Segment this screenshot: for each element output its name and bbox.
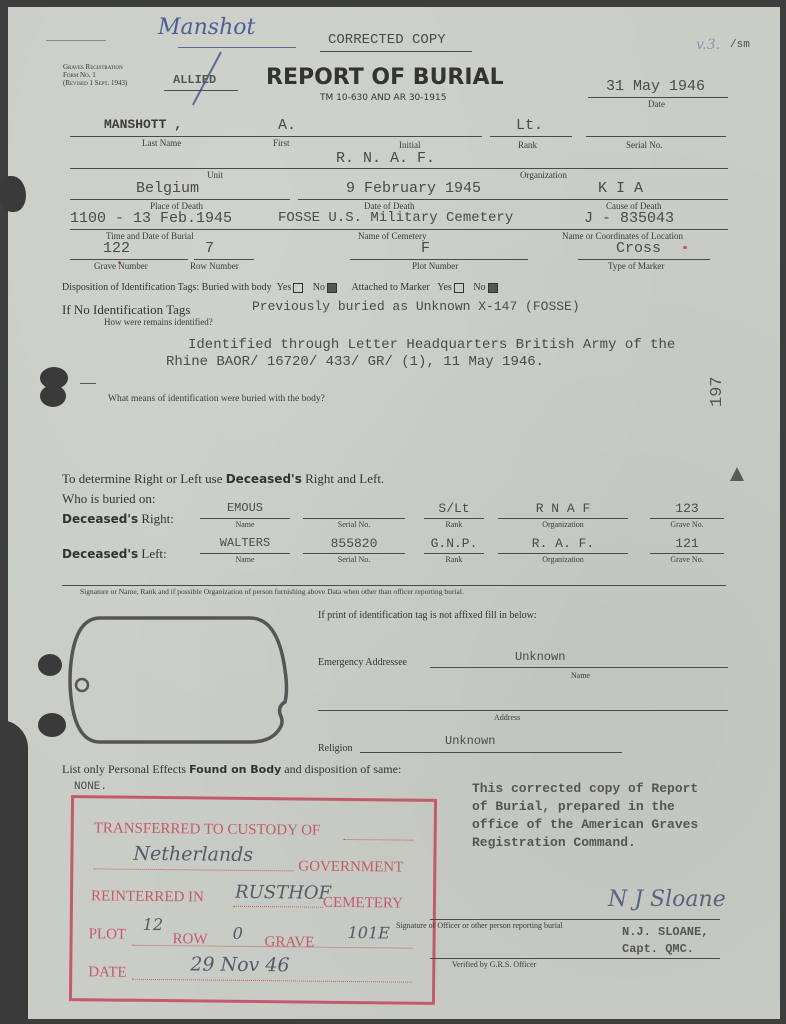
neighbors-intro-suffix: Right and Left.: [302, 471, 384, 486]
left-grave-label: Grave No.: [650, 555, 724, 564]
form-id-line2: Form No. 1: [63, 71, 127, 79]
right-serial-line: [303, 518, 405, 519]
last-name-label: Last Name: [142, 138, 181, 148]
left-org-line: [498, 553, 628, 554]
furnisher-line: [62, 585, 726, 586]
effects-suffix: and disposition of same:: [281, 762, 401, 776]
left-grave-line: [650, 553, 724, 554]
address-label: Address: [494, 713, 520, 722]
date-label: Date: [648, 99, 665, 109]
stamp-date-label: DATE: [88, 964, 127, 981]
form-id-line3: (Revised 1 Sept. 1943): [63, 79, 127, 87]
date-underline: [588, 97, 728, 98]
unit-label: Unit: [207, 170, 223, 180]
marker-line: [578, 259, 710, 260]
cemetery-value: FOSSE U.S. Military Cemetery: [278, 210, 513, 226]
how-identified-line2: Rhine BAOR/ 16720/ 433/ GR/ (1), 11 May …: [166, 354, 544, 370]
neighbors-intro: To determine Right or Left use Deceased'…: [62, 471, 384, 487]
tag-disposition-label: Disposition of Identification Tags: Buri…: [62, 282, 272, 293]
cause-of-death-value: K I A: [598, 180, 643, 197]
copy-status-underline: [320, 51, 472, 52]
stamp-dotted-line: [344, 839, 414, 841]
grave-number-value: 122: [103, 240, 130, 257]
location-value: J - 835043: [584, 210, 674, 227]
religion-line: [360, 752, 622, 753]
first-name-value: A.: [278, 117, 296, 134]
if-no-tags-label: If No Identification Tags: [62, 302, 190, 318]
serial-no-label: Serial No.: [626, 140, 663, 150]
if-no-tags-value: Previously buried as Unknown X-147 (FOSS…: [252, 299, 580, 314]
stamp-transferred-label: TRANSFERRED TO CUSTODY OF: [94, 820, 321, 839]
emergency-addressee-label: Emergency Addressee: [318, 657, 407, 668]
row-number-label: Row Number: [190, 261, 239, 271]
header-mark: [46, 40, 106, 41]
grave-number-line: [70, 259, 188, 260]
verified-line: [430, 958, 720, 959]
margin-stamp-number: 197: [708, 376, 727, 407]
left-serial-line: [303, 553, 405, 554]
organization-label: Organization: [520, 170, 567, 180]
right-name-label: Name: [200, 520, 290, 529]
grave-number-label: Grave Number: [94, 261, 148, 271]
initial-label: Initial: [399, 140, 421, 150]
deceased-right-label: Deceased's Right:: [62, 511, 174, 527]
stamp-date-value: 29 Nov 46: [190, 953, 289, 976]
left-rank-line: [424, 553, 484, 554]
left-name-line: [200, 553, 290, 554]
right-serial-label: Serial No.: [303, 520, 405, 529]
personal-effects-label: List only Personal Effects Found on Body…: [62, 762, 401, 777]
buried-yes-label: Yes: [277, 282, 292, 293]
note-line2: of Burial, prepared in the: [472, 798, 698, 816]
tag-disposition-row: Disposition of Identification Tags: Buri…: [62, 282, 500, 293]
time-date-burial-value: 1100 - 13 Feb.1945: [70, 210, 232, 227]
row-number-value: 7: [205, 240, 214, 257]
punch-hole: [38, 713, 66, 737]
margin-triangle-mark: [730, 467, 744, 481]
right-neighbor-grave: 123: [650, 501, 724, 516]
date-cause-line: [298, 199, 728, 200]
deceased-left-bold: Deceased's: [62, 547, 138, 561]
identity-line: [70, 136, 482, 137]
note-line3: office of the American Graves: [472, 816, 698, 834]
officer-signature: N J Sloane: [608, 887, 726, 912]
page-title: REPORT OF BURIAL: [266, 65, 504, 90]
right-rank-line: [424, 518, 484, 519]
corrected-copy-note: This corrected copy of Report of Burial,…: [472, 780, 698, 852]
handwritten-name: Manshot: [158, 15, 255, 40]
last-name-value: MANSHOTT ,: [104, 117, 182, 132]
stamp-grave-label: GRAVE: [264, 934, 314, 952]
right-org-label: Organization: [498, 520, 628, 529]
right-name-line: [200, 518, 290, 519]
punch-hole: [40, 385, 66, 407]
buried-no-checkbox[interactable]: [327, 283, 337, 293]
note-line4: Registration Command.: [472, 834, 698, 852]
date-of-death-value: 9 February 1945: [346, 180, 481, 197]
how-identified-label: How were remains identified?: [104, 317, 213, 327]
neighbors-intro-prefix: To determine Right or Left use: [62, 471, 226, 486]
rank-value: Lt.: [516, 117, 543, 134]
officer-name: N.J. SLOANE,: [622, 925, 708, 939]
place-of-death-value: Belgium: [136, 180, 199, 197]
marker-type-label: Type of Marker: [608, 261, 664, 271]
rank-line: [490, 136, 572, 137]
dash-mark: [80, 383, 96, 384]
right-neighbor-rank: S/Lt: [424, 501, 484, 516]
rank-label: Rank: [518, 140, 537, 150]
stamp-plot-value: 12: [143, 915, 164, 934]
tag-print-instruction: If print of identification tag is not af…: [318, 610, 537, 621]
stamp-cemetery-label: CEMETERY: [323, 895, 403, 913]
attached-yes-checkbox[interactable]: [454, 283, 464, 293]
right-rank-label: Rank: [424, 520, 484, 529]
left-neighbor-name: WALTERS: [200, 536, 290, 550]
how-identified-line1: Identified through Letter Headquarters B…: [188, 337, 675, 353]
first-name-label: First: [273, 138, 290, 148]
stamp-cemetery-value: RUSTHOF: [235, 882, 331, 904]
row-number-line: [194, 259, 254, 260]
right-neighbor-organization: R N A F: [498, 501, 628, 516]
report-date: 31 May 1946: [606, 78, 705, 95]
torn-edge: [0, 720, 28, 1024]
stamp-dotted-line: [233, 906, 323, 908]
right-org-line: [498, 518, 628, 519]
left-neighbor-grave: 121: [650, 536, 724, 551]
deceased-left-rest: Left:: [138, 546, 167, 561]
neighbors-intro-bold: Deceased's: [226, 472, 302, 486]
deceased-right-bold: Deceased's: [62, 512, 138, 526]
means-label: What means of identification were buried…: [108, 394, 325, 404]
left-neighbor-serial: 855820: [303, 536, 405, 551]
emergency-addressee-value: Unknown: [515, 650, 565, 664]
pencil-ref: v.3.: [696, 37, 720, 53]
note-line1: This corrected copy of Report: [472, 780, 698, 798]
emergency-addressee-line: [430, 667, 728, 668]
left-name-label: Name: [200, 555, 290, 564]
religion-value: Unknown: [445, 734, 495, 748]
plot-number-value: F: [421, 240, 430, 257]
effects-bold: Found on Body: [189, 763, 281, 776]
right-grave-line: [650, 518, 724, 519]
punch-hole-blot: [0, 176, 26, 212]
stamp-custody-value: Netherlands: [133, 843, 253, 866]
religion-label: Religion: [318, 743, 352, 754]
punch-hole: [38, 654, 62, 676]
furnisher-label: Signature or Name, Rank and if possible …: [80, 587, 464, 596]
stamp-government-label: GOVERNMENT: [298, 858, 403, 876]
buried-yes-checkbox[interactable]: [293, 283, 303, 293]
effects-prefix: List only Personal Effects: [62, 762, 189, 776]
left-neighbor-rank: G.N.P.: [424, 536, 484, 551]
left-serial-label: Serial No.: [303, 555, 405, 564]
category: ALLIED: [173, 73, 216, 87]
page-subtitle: TM 10-630 AND AR 30-1915: [320, 93, 446, 103]
stamp-dotted-line: [93, 868, 293, 871]
left-rank-label: Rank: [424, 555, 484, 564]
deceased-left-label: Deceased's Left:: [62, 546, 167, 562]
attached-no-checkbox[interactable]: [488, 283, 498, 293]
signature-label: Signature of Officer or other person rep…: [396, 921, 563, 930]
verified-label: Verified by G.R.S. Officer: [452, 960, 536, 969]
stamp-plot-label: PLOT: [89, 926, 127, 943]
organization-value: R. N. A. F.: [336, 150, 435, 167]
plot-number-line: [350, 259, 528, 260]
buried-no-label: No: [313, 282, 325, 293]
handwritten-underline: [178, 47, 296, 48]
typed-ref: /sm: [730, 39, 750, 51]
marker-type-value: Cross: [616, 240, 661, 257]
left-org-label: Organization: [498, 555, 628, 564]
officer-rank: Capt. QMC.: [622, 942, 694, 956]
red-tick-mark: [683, 246, 687, 249]
signature-line: [430, 919, 720, 920]
category-underline: [164, 90, 238, 91]
right-grave-label: Grave No.: [650, 520, 724, 529]
copy-status: CORRECTED COPY: [328, 32, 446, 48]
who-buried-label: Who is buried on:: [62, 491, 156, 507]
attached-no-label: No: [473, 282, 485, 293]
stamp-reinterred-label: REINTERRED IN: [91, 888, 204, 906]
personal-effects-value: NONE.: [74, 781, 107, 793]
burial-report-document: Manshot CORRECTED COPY Graves Registrati…: [8, 7, 780, 1019]
form-id: Graves Registration Form No. 1 (Revised …: [63, 63, 127, 87]
unit-line: [70, 168, 728, 169]
place-line: [70, 199, 290, 200]
address-line: [318, 710, 728, 711]
serial-line: [586, 136, 726, 137]
form-id-line1: Graves Registration: [63, 63, 127, 71]
attached-yes-label: Yes: [437, 282, 452, 293]
deceased-right-rest: Right:: [138, 511, 174, 526]
name-label: Name: [571, 671, 590, 680]
attached-label: Attached to Marker: [351, 282, 429, 293]
dog-tag-outline-icon: [60, 610, 300, 750]
stamp-grave-value: 101E: [348, 923, 390, 942]
left-neighbor-organization: R. A. F.: [498, 536, 628, 551]
burial-line: [70, 229, 728, 230]
custody-stamp: TRANSFERRED TO CUSTODY OF Netherlands GO…: [69, 795, 437, 1005]
plot-number-label: Plot Number: [412, 261, 458, 271]
stamp-dotted-line: [132, 979, 412, 983]
right-neighbor-name: EMOUS: [200, 501, 290, 515]
cemetery-label: Name of Cemetery: [358, 231, 426, 241]
stamp-row-value: 0: [233, 924, 243, 943]
